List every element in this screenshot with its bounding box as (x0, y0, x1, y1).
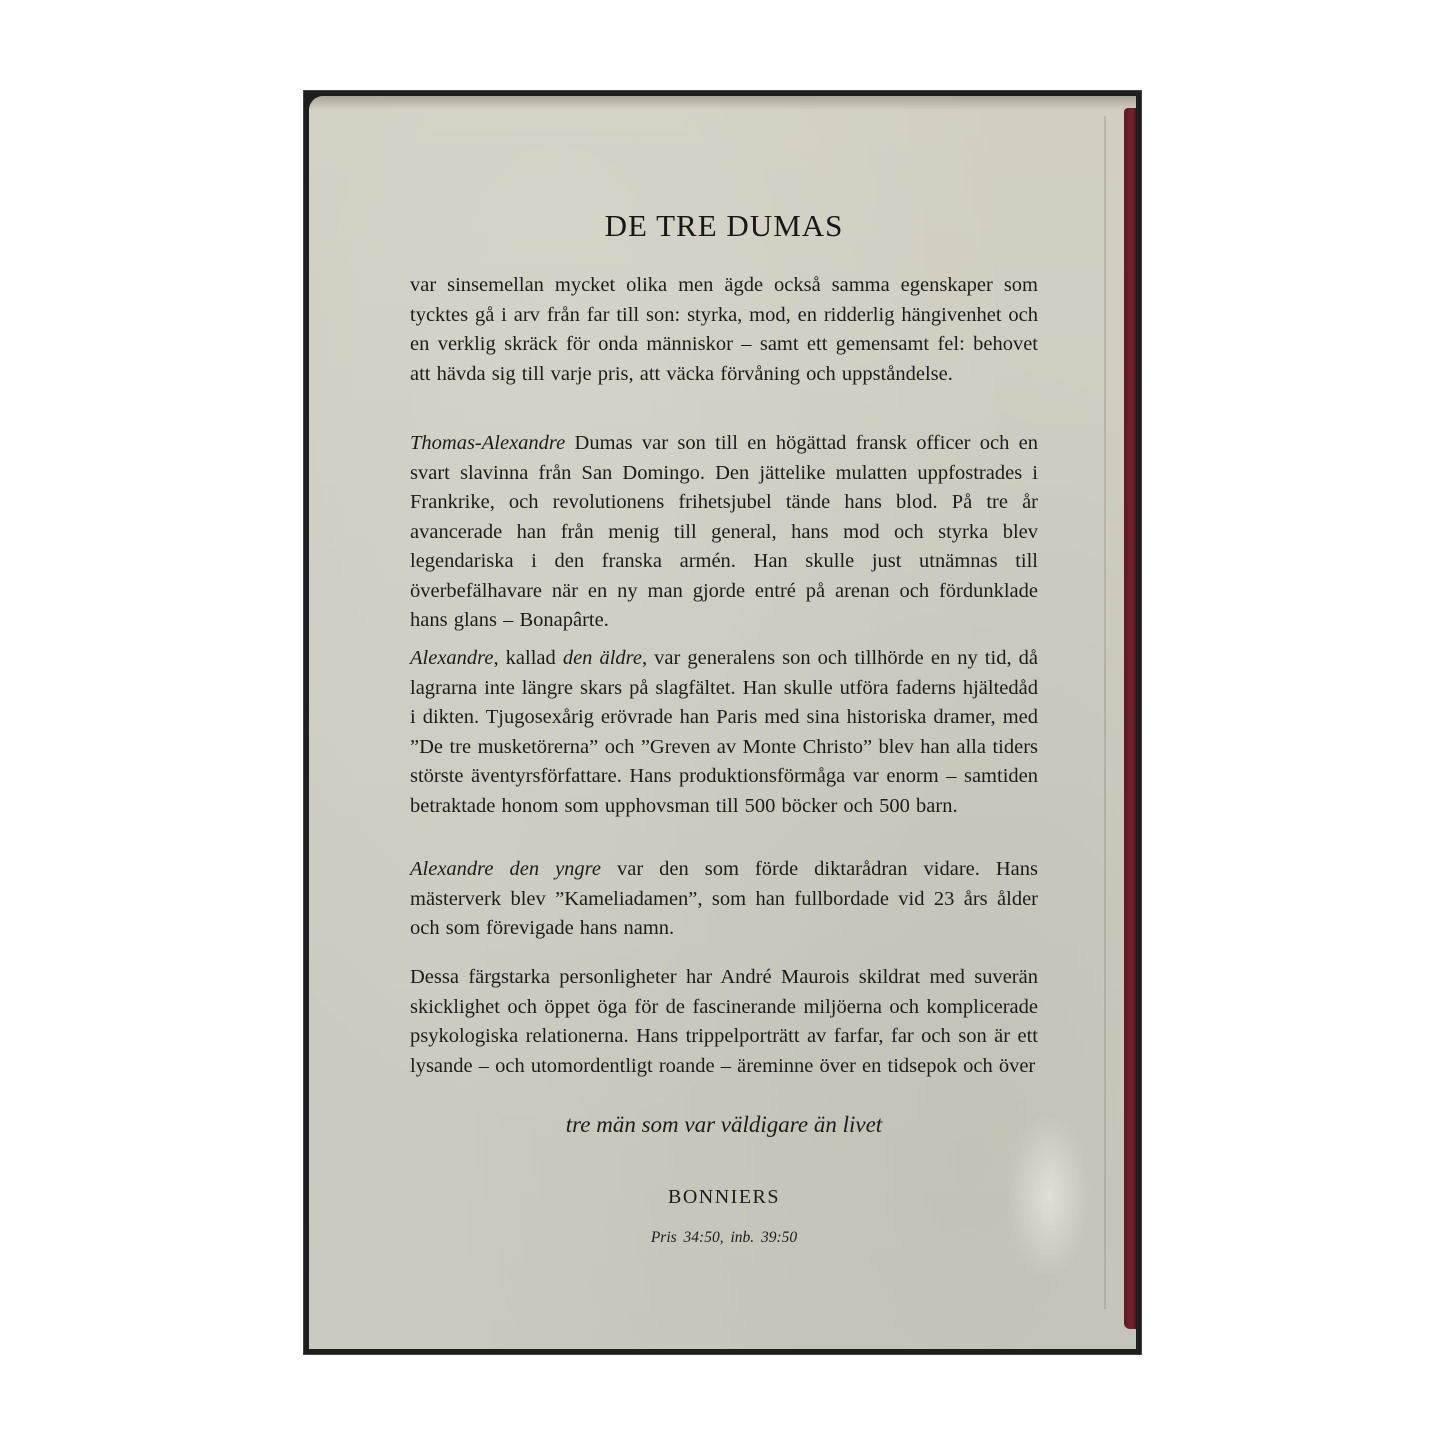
paragraph-intro: var sinsemellan mycket olika men ägde oc… (410, 271, 1038, 389)
paragraph-lead-italic: Alexandre (410, 647, 493, 669)
red-spine-edge (1124, 108, 1136, 1329)
paragraph-thomas-alexandre: Thomas-Alexandre Dumas var son till en h… (410, 429, 1038, 636)
paragraph-lead-italic: Alexandre den yngre (410, 858, 601, 880)
tagline: tre män som var väldigare än livet (410, 1112, 1038, 1138)
paragraph-text: Dumas var son till en högättad fransk of… (410, 432, 1038, 631)
book-title: DE TRE DUMAS (410, 208, 1038, 244)
spine-crease (1104, 116, 1106, 1309)
price-text: Pris 34:50, inb. 39:50 (410, 1229, 1038, 1247)
paragraph-alexandre-younger: Alexandre den yngre var den som förde di… (410, 855, 1038, 944)
paragraph-text-a: , kallad (493, 647, 562, 669)
paragraph-maurois: Dessa färgstarka personligheter har Andr… (410, 963, 1038, 1081)
paragraph-alexandre-elder: Alexandre, kallad den äldre, var general… (410, 644, 1038, 821)
book-back-cover: DE TRE DUMAS var sinsemellan mycket olik… (309, 96, 1136, 1349)
book-frame: DE TRE DUMAS var sinsemellan mycket olik… (303, 90, 1142, 1355)
cover-top-wear (309, 96, 1136, 110)
paragraph-text: var sinsemellan mycket olika men ägde oc… (410, 274, 1038, 385)
paragraph-lead-italic: Thomas-Alexandre (410, 432, 565, 454)
publisher-name: BONNIERS (410, 1186, 1038, 1209)
paragraph-text: Dessa färgstarka personligheter har Andr… (410, 966, 1038, 1077)
paragraph-text: , var generalens son och tillhörde en ny… (410, 647, 1038, 817)
paragraph-mid-italic: den äldre (563, 647, 642, 669)
